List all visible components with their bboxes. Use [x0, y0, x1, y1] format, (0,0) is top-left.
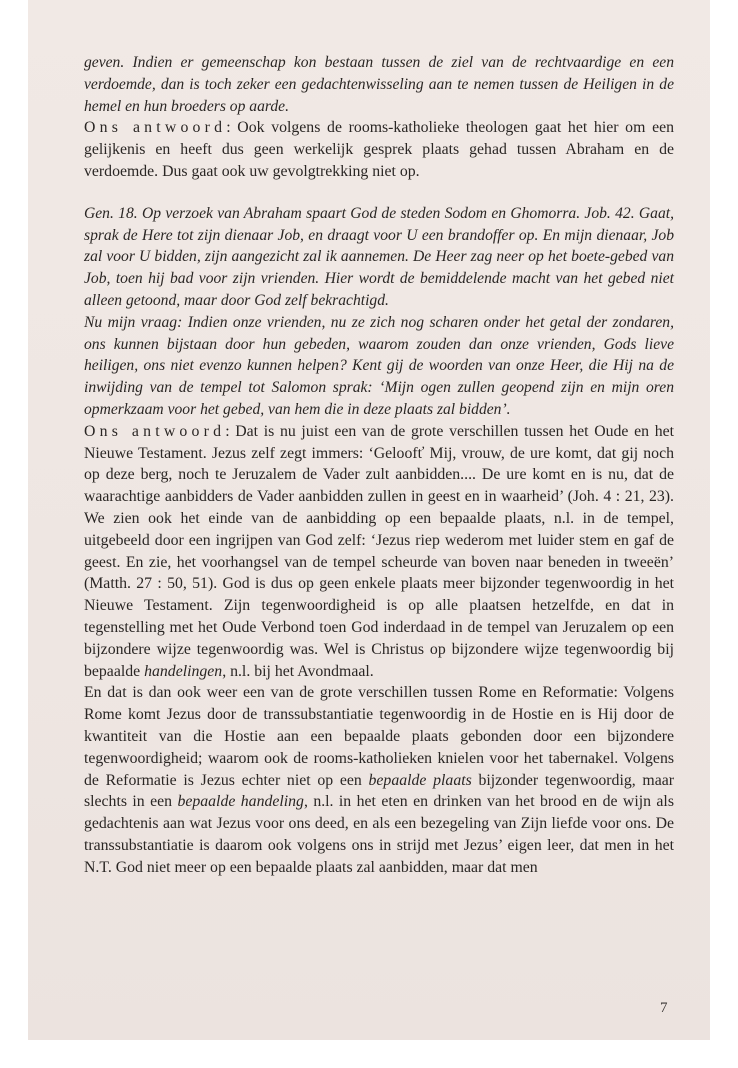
- paragraph-question-3: Nu mijn vraag: Indien onze vrienden, nu …: [84, 312, 674, 421]
- paragraph-answer-3: En dat is dan ook weer een van de grote …: [84, 682, 674, 878]
- book-page: geven. Indien er gemeenschap kon bestaan…: [28, 0, 710, 1040]
- paragraph-text: Gen. 18. Op verzoek van Abraham spaart G…: [84, 205, 674, 309]
- paragraph-text: geven. Indien er gemeenschap kon bestaan…: [84, 54, 674, 115]
- page-number: 7: [660, 1000, 668, 1017]
- answer-label: Ons antwoord: [84, 119, 226, 136]
- answer-label: Ons antwoord: [84, 423, 225, 440]
- paragraph-text: : Dat is nu juist een van de grote versc…: [84, 423, 674, 680]
- paragraph-text: Nu mijn vraag: Indien onze vrienden, nu …: [84, 314, 674, 418]
- paragraph-answer-2: Ons antwoord: Dat is nu juist een van de…: [84, 421, 674, 683]
- paragraph-question-1: geven. Indien er gemeenschap kon bestaan…: [84, 52, 674, 117]
- emphasis-text: handelingen: [144, 663, 222, 680]
- emphasis-text: bepaalde plaats: [369, 772, 472, 789]
- emphasis-text: bepaalde handeling: [177, 793, 304, 810]
- paragraph-question-2: Gen. 18. Op verzoek van Abraham spaart G…: [84, 203, 674, 312]
- paragraph-answer-1: Ons antwoord: Ook volgens de rooms-katho…: [84, 117, 674, 182]
- paragraph-text: , n.l. bij het Avondmaal.: [222, 663, 374, 680]
- page-body: geven. Indien er gemeenschap kon bestaan…: [84, 52, 674, 878]
